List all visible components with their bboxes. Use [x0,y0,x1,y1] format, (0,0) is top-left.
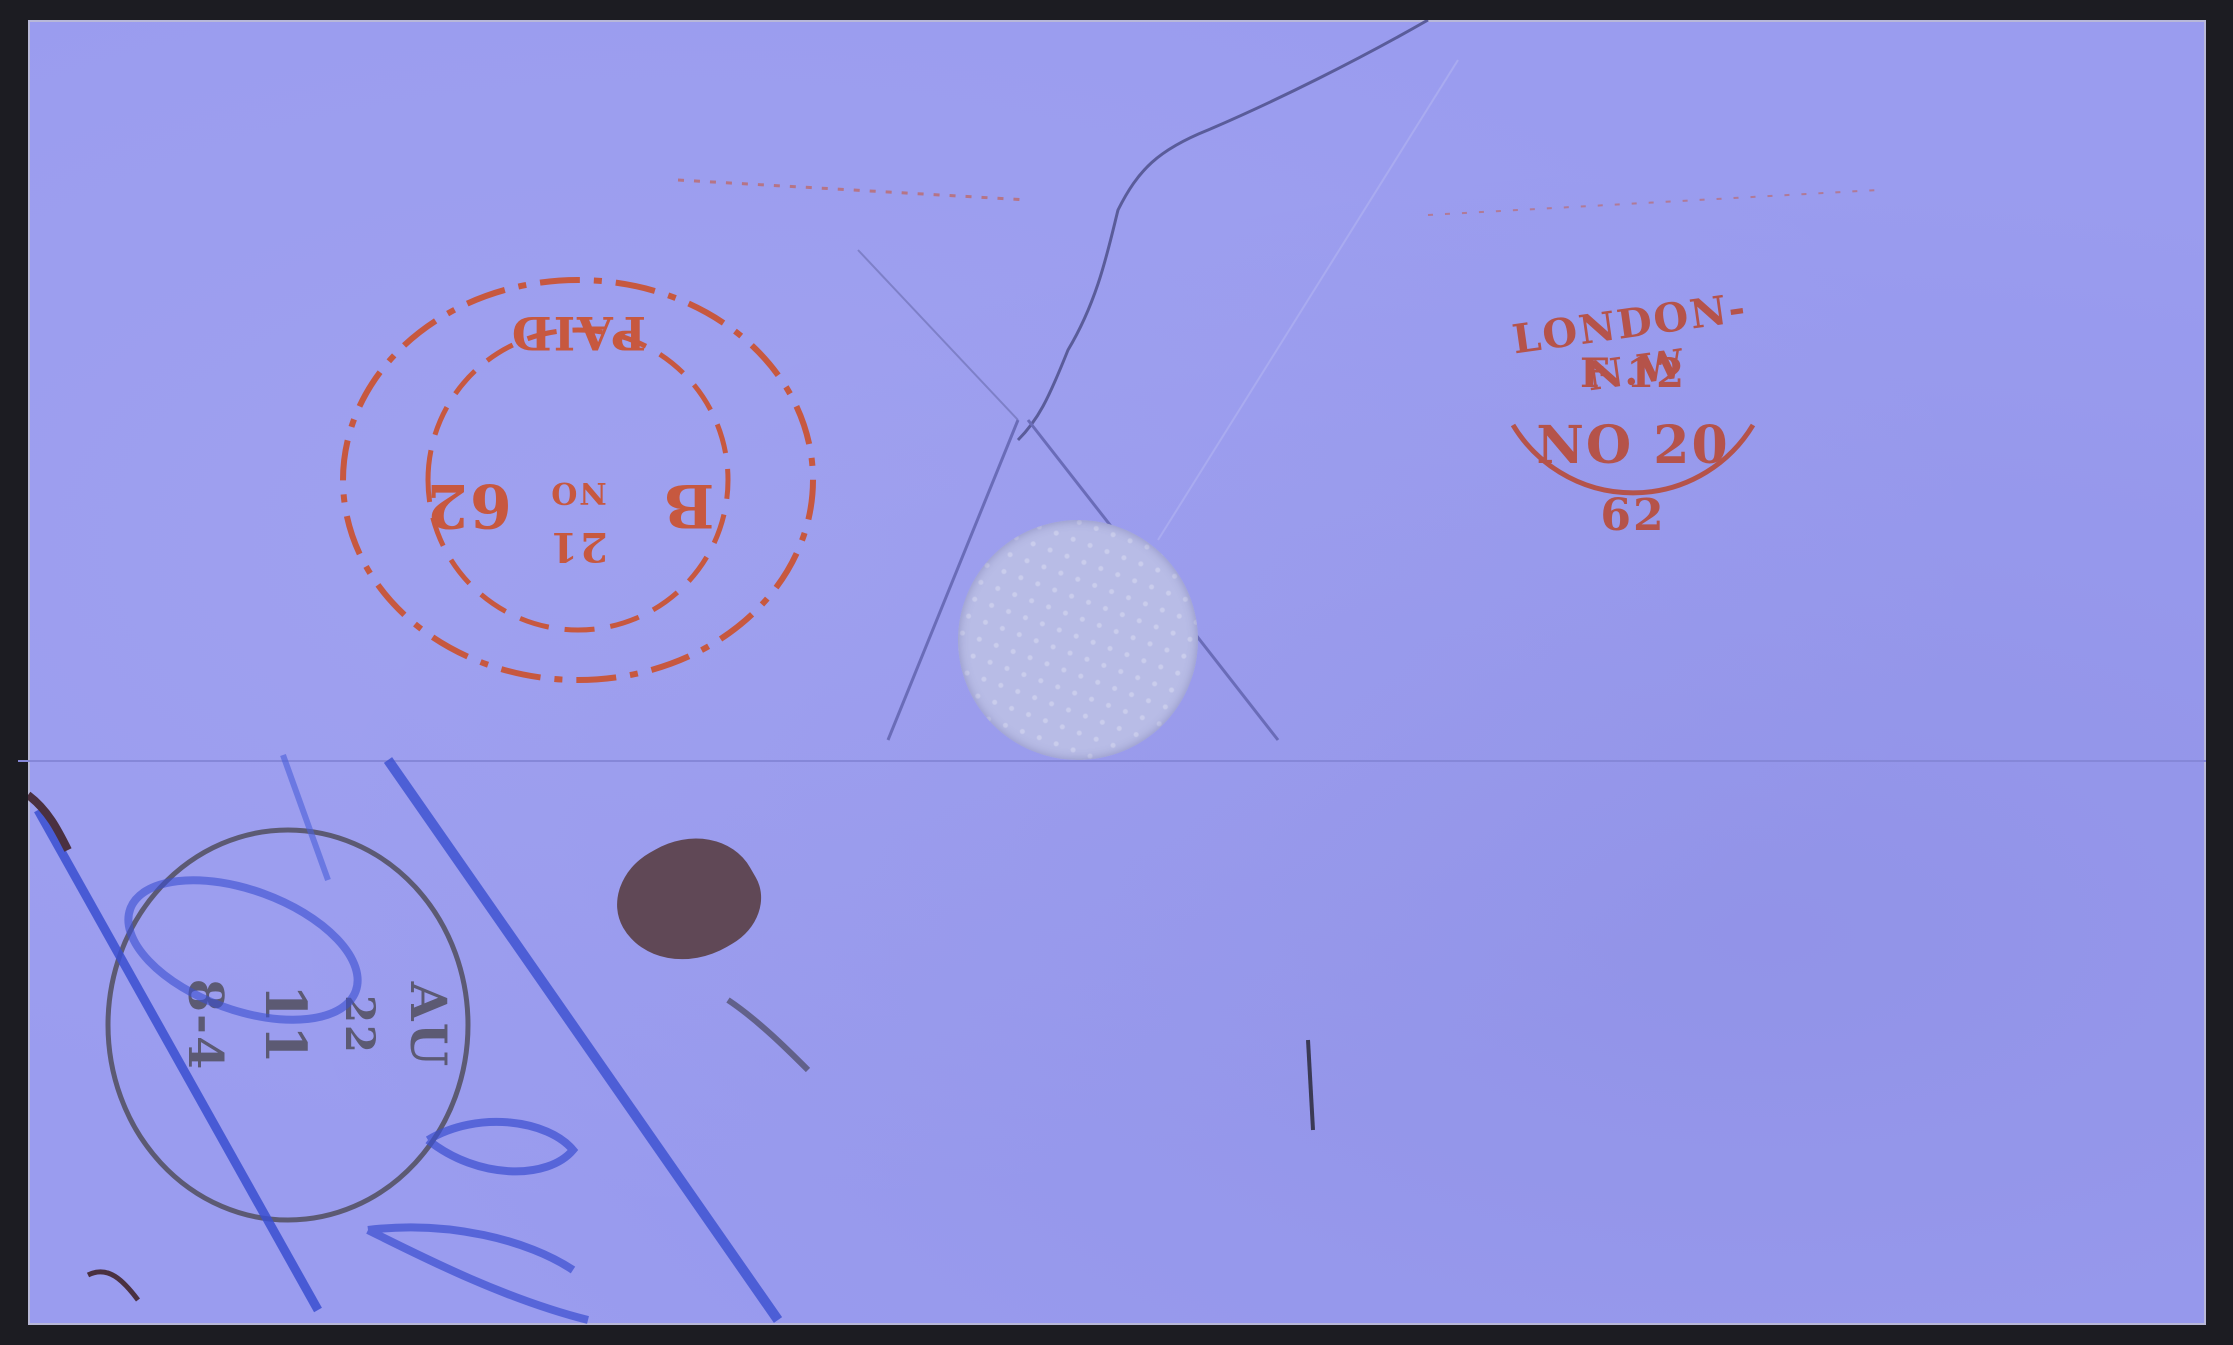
london-postmark-code: F 12 [1483,350,1783,397]
grey-postmark-line-2: 22 [336,820,383,1230]
london-postmark: LONDON-N.W F 12 NO 20 62 [1483,285,1783,595]
grey-postmark-line-1: AU [399,820,458,1230]
grey-postmark-line-4: 8-4 [177,820,233,1230]
red-postmark-line-4: 62 [218,470,718,540]
grey-arrival-postmark: AU 22 11 8-4 [98,820,478,1230]
red-postmark-ring-text: PAID [328,306,828,360]
london-postmark-year: 62 [1483,490,1783,541]
fold-gap [0,760,28,1345]
postal-cover: LONDON-N.W F 12 NO 20 62 B 21 NO 62 PAID… [28,20,2206,1325]
grey-postmark-line-3: 11 [252,820,318,1230]
red-paid-postmark: B 21 NO 62 PAID [328,270,828,690]
london-postmark-date: NO 20 [1483,415,1783,476]
